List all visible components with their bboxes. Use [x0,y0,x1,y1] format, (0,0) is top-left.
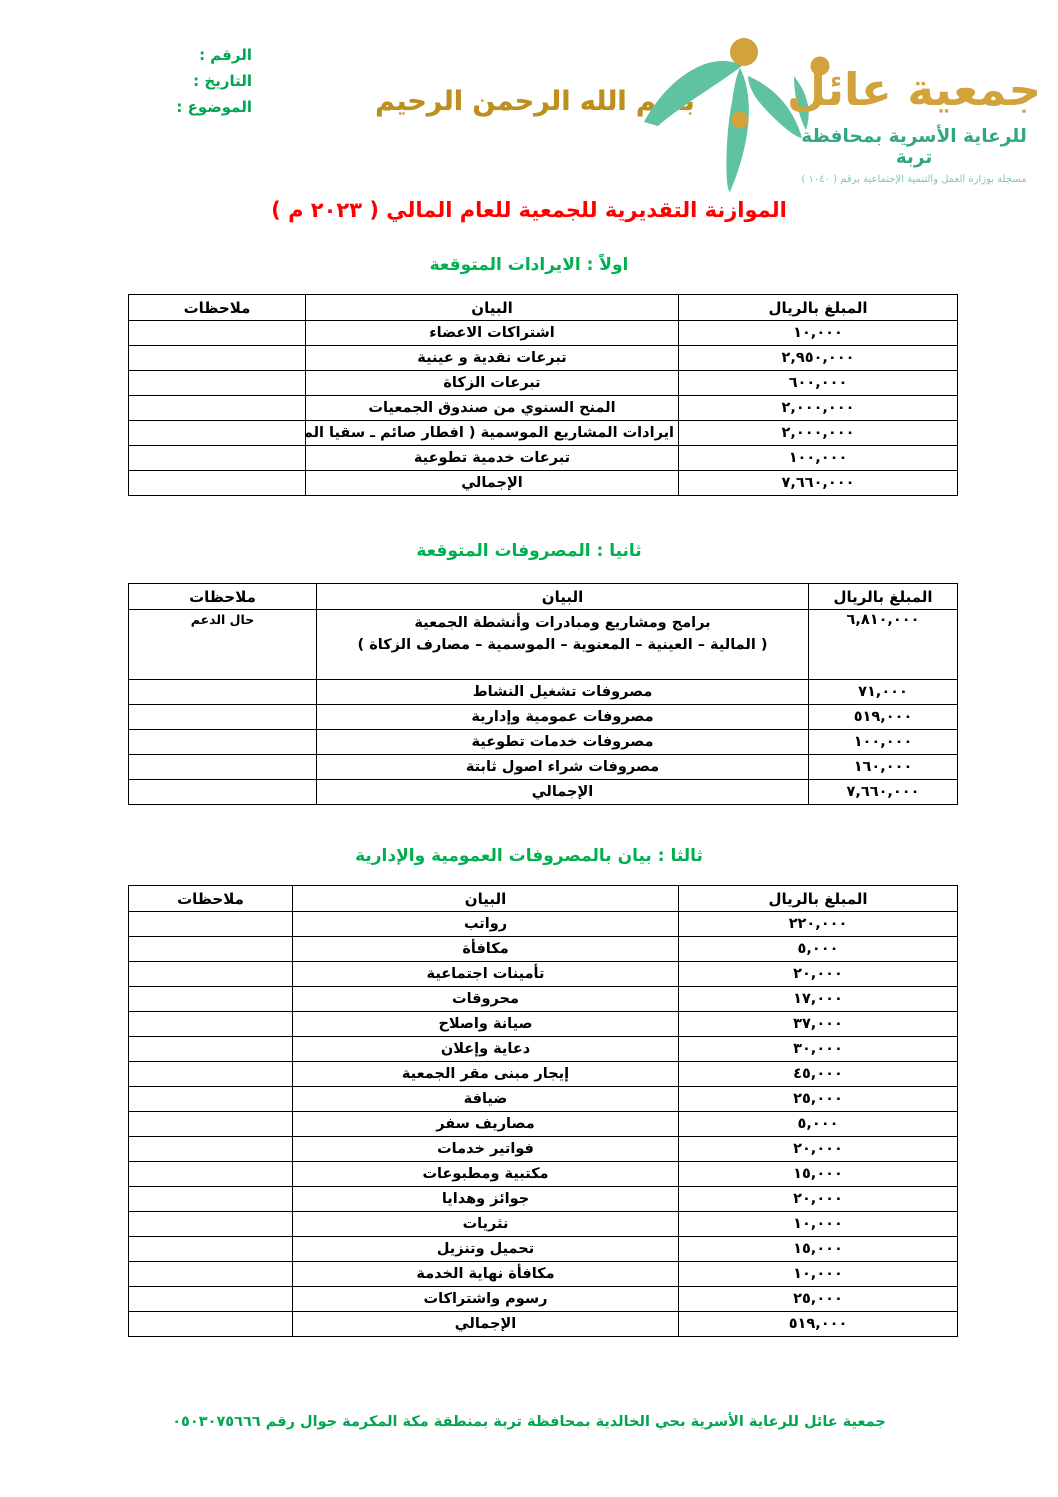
item-cell: ايرادات المشاريع الموسمية ( افطار صائم ـ… [306,421,679,446]
association-logo: جمعية عائل للرعاية الأسرية بمحافظة تربة … [628,8,1052,193]
table-header-row: المبلغ بالريال البيان ملاحظات [129,584,958,610]
notes-cell [129,680,317,705]
notes-cell [129,987,293,1012]
amount-cell: ١٧,٠٠٠ [679,987,958,1012]
notes-cell [129,705,317,730]
logo-subtitle: للرعاية الأسرية بمحافظة تربة [780,126,1048,168]
table-row: ٥,٠٠٠ مكافأة [129,937,958,962]
logo-registration: مسجلة بوزارة العمل والتنمية الإجتماعية ب… [780,174,1048,185]
amount-cell: ٢٠,٠٠٠ [679,1137,958,1162]
item-cell: ضيافة [293,1087,679,1112]
amount-cell: ١٠,٠٠٠ [679,321,958,346]
table-row: ٢,٠٠٠,٠٠٠ ايرادات المشاريع الموسمية ( اف… [129,421,958,446]
amount-header: المبلغ بالريال [809,584,958,610]
item-cell: رسوم واشتراكات [293,1287,679,1312]
amount-cell: ١٠,٠٠٠ [679,1212,958,1237]
document-meta-labels: الرقم : التاريخ : الموضوع : [148,42,252,120]
amount-header: المبلغ بالريال [679,295,958,321]
item-cell: فواتير خدمات [293,1137,679,1162]
table-row: ٢,٩٥٠,٠٠٠ تبرعات نقدية و عينية [129,346,958,371]
footer-contact-line: جمعية عائل للرعاية الأسرية بحي الخالدية … [0,1414,1058,1430]
notes-cell [129,1037,293,1062]
item-cell: مكافأة [293,937,679,962]
table-row: ٥١٩,٠٠٠ مصروفات عمومية وإدارية [129,705,958,730]
notes-cell [129,1312,293,1337]
table-row: ٣٠,٠٠٠ دعاية وإعلان [129,1037,958,1062]
logo-text-block: جمعية عائل للرعاية الأسرية بمحافظة تربة … [780,56,1048,185]
amount-cell: ٥١٩,٠٠٠ [679,1312,958,1337]
notes-cell [129,962,293,987]
notes-cell [129,1162,293,1187]
item-line-1: برامج ومشاريع ومبادرات وأنشطة الجمعية [321,612,804,634]
section-heading-revenues: اولاً : الايرادات المتوقعة [0,255,1058,275]
table-row: ١٠,٠٠٠ مكافأة نهاية الخدمة [129,1262,958,1287]
table-row: ٣٧,٠٠٠ صيانة واصلاح [129,1012,958,1037]
item-cell: جوائز وهدايا [293,1187,679,1212]
table-row: ١٠٠,٠٠٠ تبرعات خدمية تطوعية [129,446,958,471]
notes-cell [129,937,293,962]
document-title: الموازنة التقديرية للجمعية للعام المالي … [0,198,1058,222]
amount-cell: ٢٥,٠٠٠ [679,1287,958,1312]
section-heading-admin-expenses: ثالثا : بيان بالمصروفات العمومية والإدار… [0,846,1058,866]
notes-cell [129,1137,293,1162]
item-cell: تأمينات اجتماعية [293,962,679,987]
amount-header: المبلغ بالريال [679,886,958,912]
table-row: ١٦٠,٠٠٠ مصروفات شراء اصول ثابتة [129,755,958,780]
item-cell: إيجار مبنى مقر الجمعية [293,1062,679,1087]
notes-cell [129,1287,293,1312]
notes-header: ملاحظات [129,886,293,912]
table-row: ٢,٠٠٠,٠٠٠ المنح السنوي من صندوق الجمعيات [129,396,958,421]
notes-cell [129,780,317,805]
amount-cell: ٢,٠٠٠,٠٠٠ [679,421,958,446]
notes-cell [129,1237,293,1262]
notes-header: ملاحظات [129,295,306,321]
item-cell: مكتبية ومطبوعات [293,1162,679,1187]
item-cell: دعاية وإعلان [293,1037,679,1062]
amount-cell: ٧,٦٦٠,٠٠٠ [809,780,958,805]
item-line-2: ( المالية – العينية – المعنوية – الموسمي… [321,634,804,656]
table-total-row: ٥١٩,٠٠٠ الإجمالي [129,1312,958,1337]
amount-cell: ٦,٨١٠,٠٠٠ [809,610,958,680]
item-cell: الإجمالي [317,780,809,805]
section-heading-expenses: ثانيا : المصروفات المتوقعة [0,541,1058,561]
amount-cell: ١٠٠,٠٠٠ [809,730,958,755]
item-cell: مصروفات شراء اصول ثابتة [317,755,809,780]
table-row: ٢٥,٠٠٠ رسوم واشتراكات [129,1287,958,1312]
item-cell: تبرعات نقدية و عينية [306,346,679,371]
table-row: ٢٢٠,٠٠٠ رواتب [129,912,958,937]
table-total-row: ٧,٦٦٠,٠٠٠ الإجمالي [129,471,958,496]
item-cell: تبرعات الزكاة [306,371,679,396]
table-row: ٦٠٠,٠٠٠ تبرعات الزكاة [129,371,958,396]
amount-cell: ٢,٠٠٠,٠٠٠ [679,396,958,421]
item-cell: اشتراكات الاعضاء [306,321,679,346]
notes-cell [129,371,306,396]
table-row: ١٠,٠٠٠ نثريات [129,1212,958,1237]
table-row: ١٧,٠٠٠ محروقات [129,987,958,1012]
logo-name: جمعية عائل [780,56,1048,124]
amount-cell: ٥,٠٠٠ [679,937,958,962]
table-row: ٢٠,٠٠٠ تأمينات اجتماعية [129,962,958,987]
amount-cell: ٥١٩,٠٠٠ [809,705,958,730]
amount-cell: ١٥,٠٠٠ [679,1162,958,1187]
table-row: ١٥,٠٠٠ مكتبية ومطبوعات [129,1162,958,1187]
amount-cell: ٦٠٠,٠٠٠ [679,371,958,396]
amount-cell: ٧١,٠٠٠ [809,680,958,705]
notes-cell [129,1112,293,1137]
table-row: ٥,٠٠٠ مصاريف سفر [129,1112,958,1137]
item-cell: تبرعات خدمية تطوعية [306,446,679,471]
item-cell: الإجمالي [306,471,679,496]
notes-cell [129,1212,293,1237]
amount-cell: ١٠٠,٠٠٠ [679,446,958,471]
notes-cell [129,1062,293,1087]
notes-cell [129,446,306,471]
amount-cell: ٣٧,٠٠٠ [679,1012,958,1037]
date-label: التاريخ : [148,68,252,94]
notes-cell [129,730,317,755]
amount-cell: ٢٠,٠٠٠ [679,1187,958,1212]
table-row-programs: ٦,٨١٠,٠٠٠ برامج ومشاريع ومبادرات وأنشطة … [129,610,958,680]
amount-cell: ١٦٠,٠٠٠ [809,755,958,780]
subject-label: الموضوع : [148,94,252,120]
item-cell: نثريات [293,1212,679,1237]
expenses-table: المبلغ بالريال البيان ملاحظات ٦,٨١٠,٠٠٠ … [128,583,958,805]
amount-cell: ٤٥,٠٠٠ [679,1062,958,1087]
notes-cell: حال الدعم [129,610,317,680]
notes-cell [129,1262,293,1287]
amount-cell: ٥,٠٠٠ [679,1112,958,1137]
item-cell: مكافأة نهاية الخدمة [293,1262,679,1287]
revenues-table: المبلغ بالريال البيان ملاحظات ١٠,٠٠٠ اشت… [128,294,958,496]
item-header: البيان [293,886,679,912]
notes-cell [129,1187,293,1212]
amount-cell: ١٠,٠٠٠ [679,1262,958,1287]
item-cell: برامج ومشاريع ومبادرات وأنشطة الجمعية ( … [317,610,809,680]
amount-cell: ٢٠,٠٠٠ [679,962,958,987]
amount-cell: ٣٠,٠٠٠ [679,1037,958,1062]
table-row: ٢٠,٠٠٠ فواتير خدمات [129,1137,958,1162]
item-cell: الإجمالي [293,1312,679,1337]
notes-cell [129,321,306,346]
item-cell: المنح السنوي من صندوق الجمعيات [306,396,679,421]
item-cell: مصاريف سفر [293,1112,679,1137]
amount-cell: ١٥,٠٠٠ [679,1237,958,1262]
table-row: ١٠٠,٠٠٠ مصروفات خدمات تطوعية [129,730,958,755]
amount-cell: ٢,٩٥٠,٠٠٠ [679,346,958,371]
item-cell: صيانة واصلاح [293,1012,679,1037]
item-cell: مصروفات خدمات تطوعية [317,730,809,755]
item-cell: رواتب [293,912,679,937]
table-row: ١٥,٠٠٠ تحميل وتنزيل [129,1237,958,1262]
notes-cell [129,1012,293,1037]
table-row: ١٠,٠٠٠ اشتراكات الاعضاء [129,321,958,346]
notes-cell [129,755,317,780]
table-row: ٢٠,٠٠٠ جوائز وهدايا [129,1187,958,1212]
item-cell: محروقات [293,987,679,1012]
item-cell: تحميل وتنزيل [293,1237,679,1262]
item-header: البيان [317,584,809,610]
amount-cell: ٢٥,٠٠٠ [679,1087,958,1112]
table-header-row: المبلغ بالريال البيان ملاحظات [129,295,958,321]
amount-cell: ٢٢٠,٠٠٠ [679,912,958,937]
notes-cell [129,471,306,496]
notes-cell [129,421,306,446]
notes-header: ملاحظات [129,584,317,610]
table-header-row: المبلغ بالريال البيان ملاحظات [129,886,958,912]
table-row: ٧١,٠٠٠ مصروفات تشغيل النشاط [129,680,958,705]
item-cell: مصروفات عمومية وإدارية [317,705,809,730]
table-total-row: ٧,٦٦٠,٠٠٠ الإجمالي [129,780,958,805]
item-header: البيان [306,295,679,321]
item-cell: مصروفات تشغيل النشاط [317,680,809,705]
notes-cell [129,396,306,421]
number-label: الرقم : [148,42,252,68]
notes-cell [129,346,306,371]
table-row: ٤٥,٠٠٠ إيجار مبنى مقر الجمعية [129,1062,958,1087]
notes-cell [129,912,293,937]
admin-expenses-table: المبلغ بالريال البيان ملاحظات ٢٢٠,٠٠٠ رو… [128,885,958,1337]
table-row: ٢٥,٠٠٠ ضيافة [129,1087,958,1112]
amount-cell: ٧,٦٦٠,٠٠٠ [679,471,958,496]
notes-cell [129,1087,293,1112]
